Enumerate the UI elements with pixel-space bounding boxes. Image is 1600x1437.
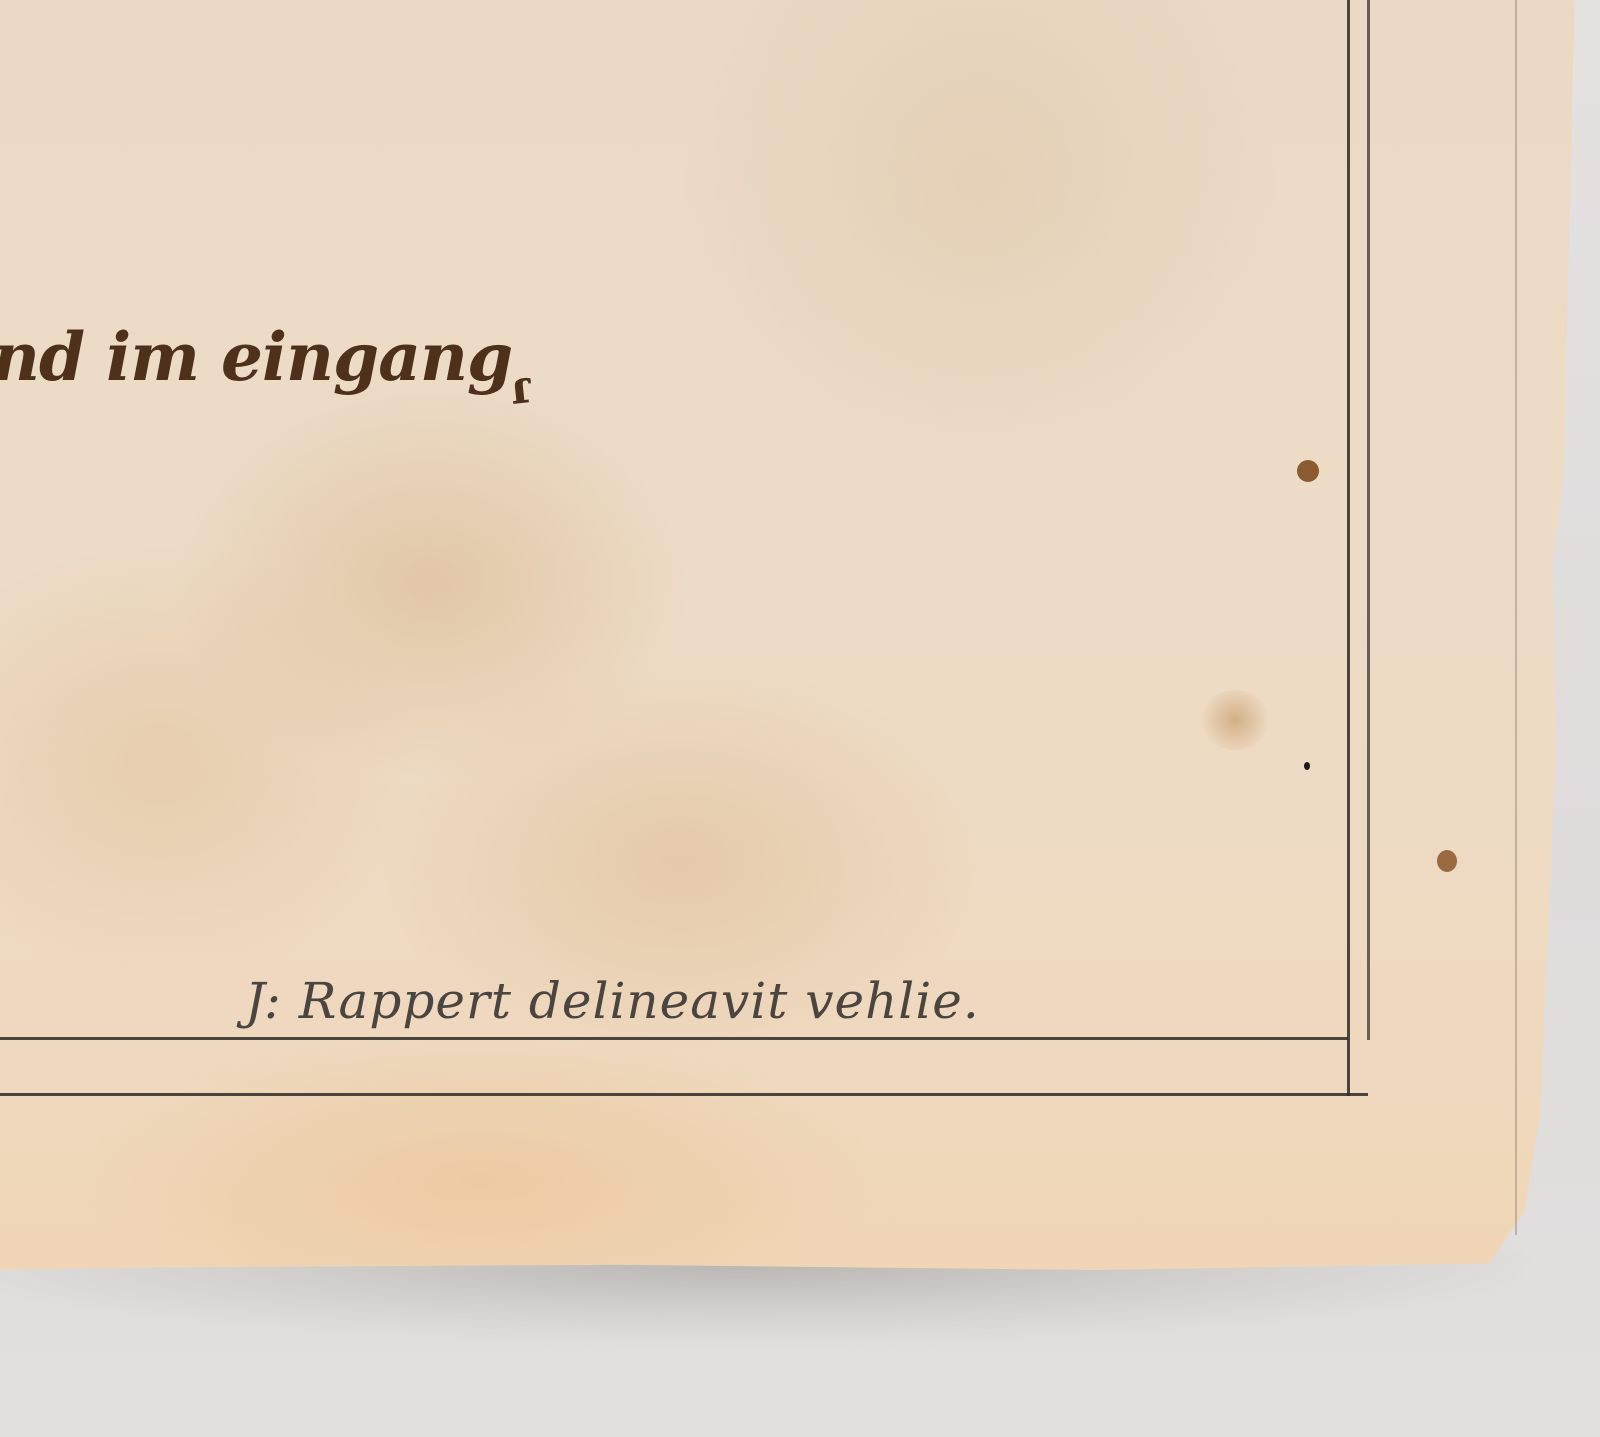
frame-line-horizontal-upper (0, 1037, 1348, 1040)
foxing-stain (1200, 690, 1270, 750)
paper-sheet (0, 0, 1575, 1270)
paper-fold-line (1515, 0, 1517, 1235)
frame-line-vertical-inner (1367, 0, 1370, 1040)
frame-line-vertical-outer (1347, 0, 1350, 1096)
ink-speck (1304, 762, 1310, 770)
frame-line-horizontal-lower (0, 1093, 1368, 1096)
artist-signature: J: Rappert delineavit vehlie. (245, 972, 980, 1030)
ink-stain-dot (1297, 460, 1319, 482)
ink-stain-dot (1437, 850, 1457, 872)
handwritten-text-line: nd im eingang (0, 318, 512, 396)
